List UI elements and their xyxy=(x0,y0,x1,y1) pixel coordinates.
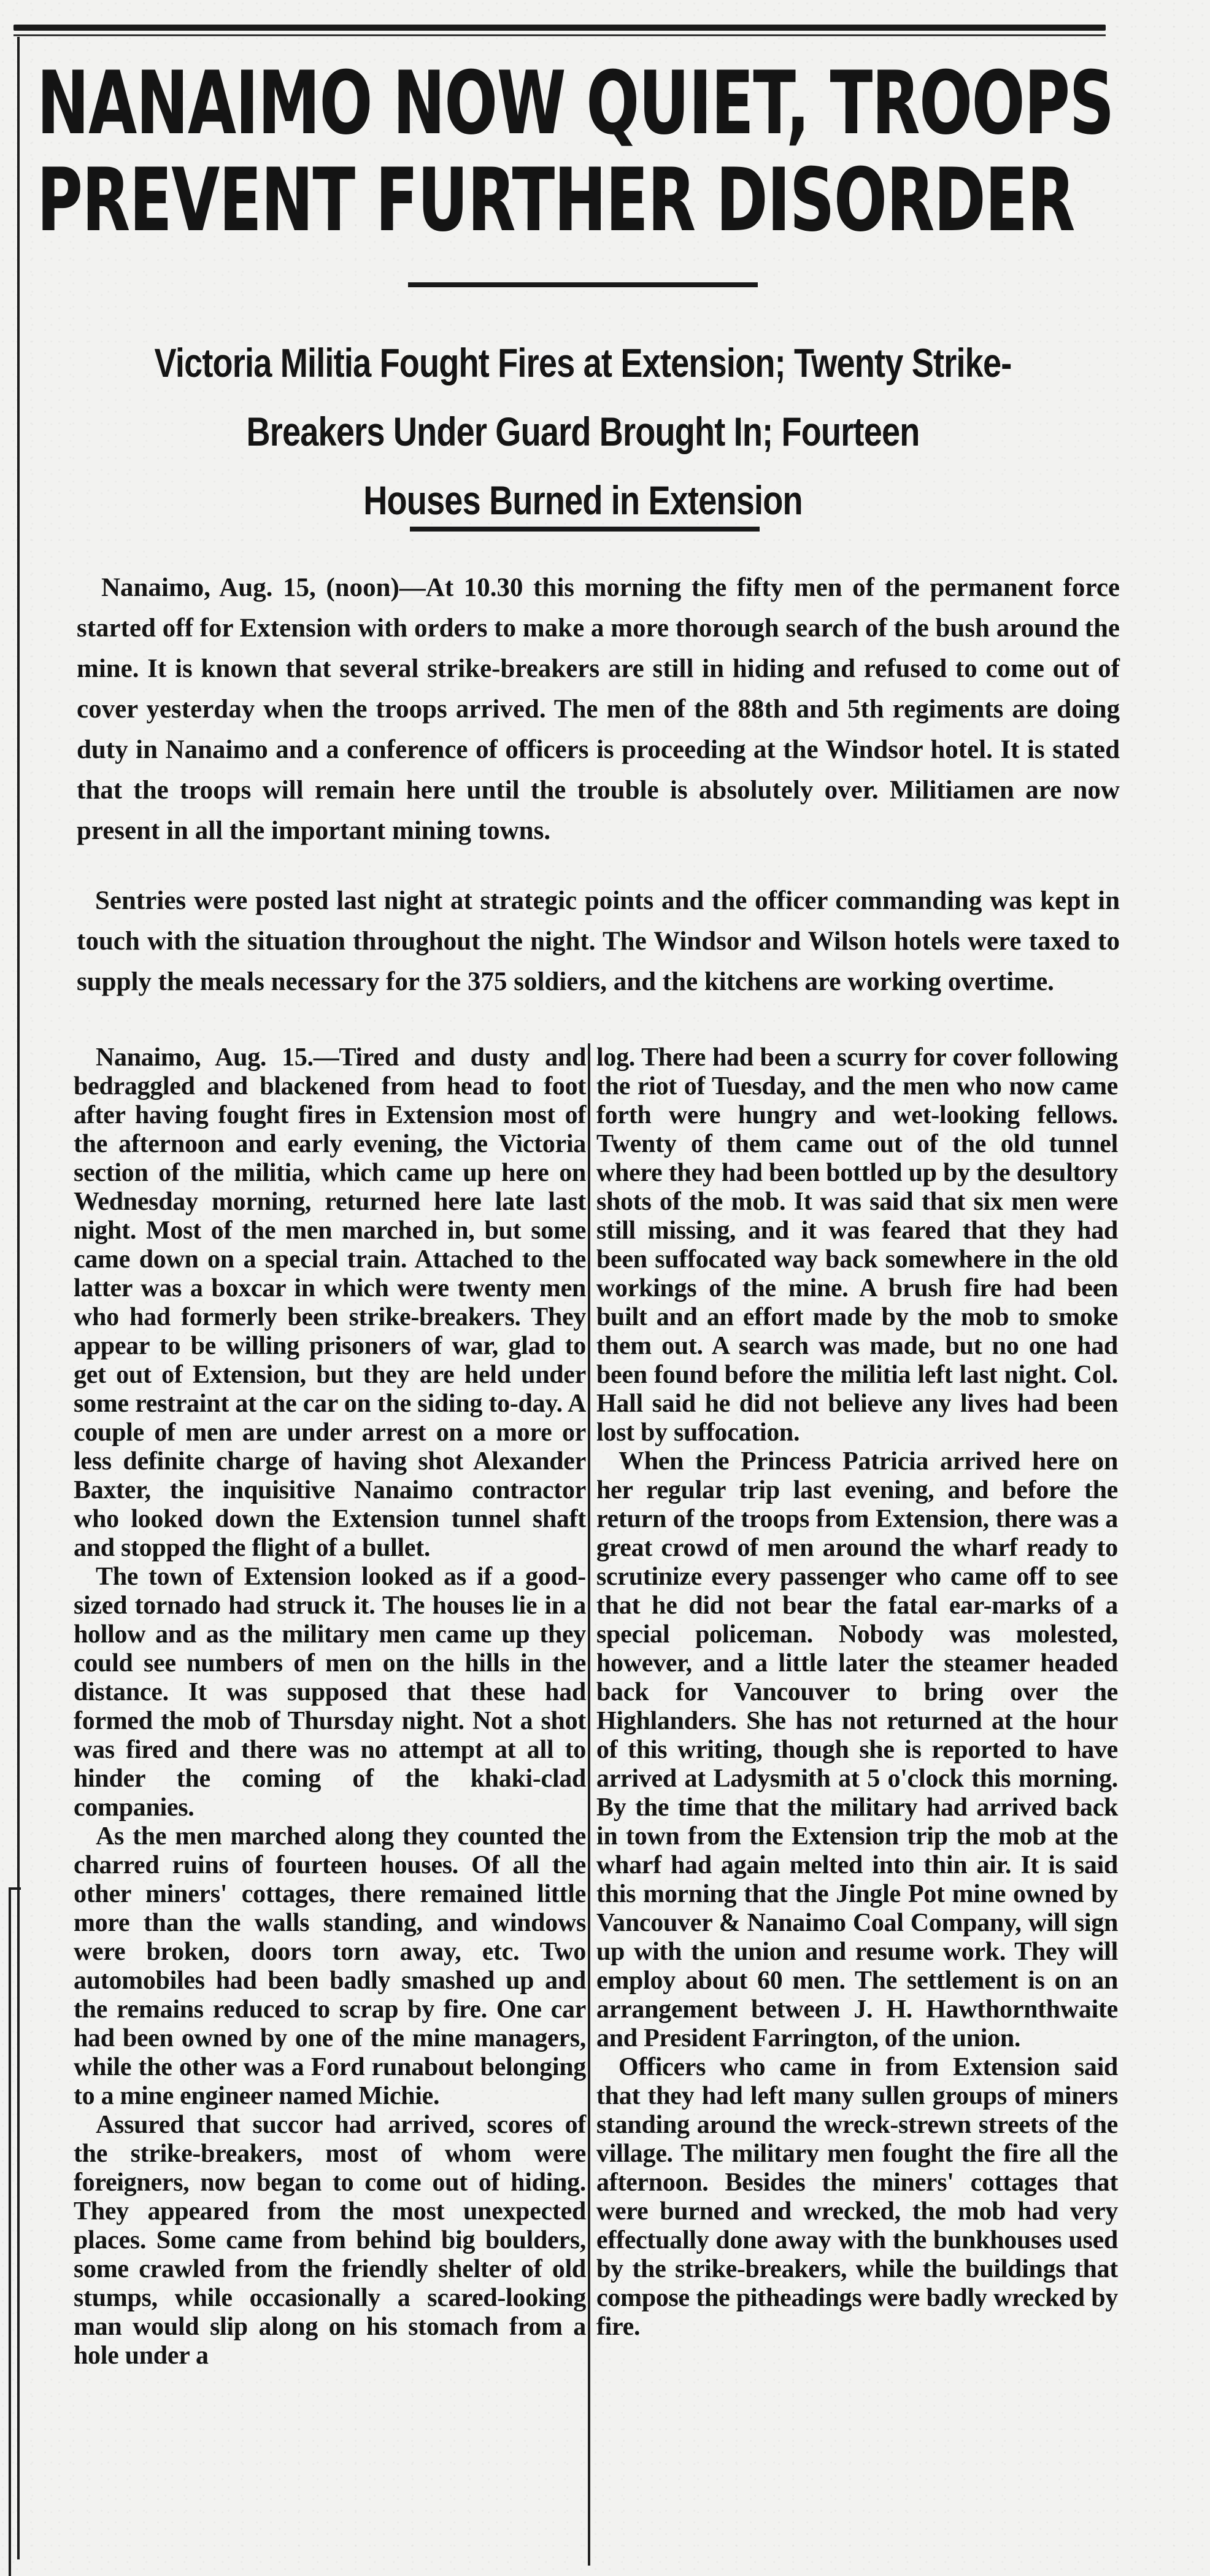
newspaper-clipping: NANAIMO NOW QUIET, TROOPS PREVENT FURTHE… xyxy=(0,0,1210,2576)
lead-paragraph-2: Sentries were posted last night at strat… xyxy=(77,881,1120,1002)
headline-divider xyxy=(408,282,758,287)
right-paragraph-3: Officers who came in from Extension said… xyxy=(596,2053,1118,2342)
left-paragraph-4: Assured that succor had arrived, scores … xyxy=(74,2111,586,2370)
left-paragraph-1: Nanaimo, Aug. 15.—Tired and dusty and be… xyxy=(74,1043,586,1563)
right-column: log. There had been a scurry for cover f… xyxy=(596,1043,1118,2342)
lead-section: Nanaimo, Aug. 15, (noon)—At 10.30 this m… xyxy=(77,568,1120,1032)
top-double-rule-thin xyxy=(13,34,1106,36)
lead-paragraph-1: Nanaimo, Aug. 15, (noon)—At 10.30 this m… xyxy=(77,568,1120,851)
right-paragraph-2: When the Princess Patricia arrived here … xyxy=(596,1447,1118,2053)
headline-line-2: PREVENT FURTHER DISORDER xyxy=(37,152,1123,249)
headline: NANAIMO NOW QUIET, TROOPS PREVENT FURTHE… xyxy=(37,55,1123,249)
subheadline: Victoria Militia Fought Fires at Extensi… xyxy=(31,328,1135,535)
left-column: Nanaimo, Aug. 15.—Tired and dusty and be… xyxy=(74,1043,586,2370)
left-paragraph-2: The town of Extension looked as if a goo… xyxy=(74,1563,586,1822)
subhead-line-3: Houses Burned in Extension xyxy=(32,466,1134,535)
subhead-line-1: Victoria Militia Fought Fires at Extensi… xyxy=(32,328,1134,397)
right-paragraph-1: log. There had been a scurry for cover f… xyxy=(596,1043,1118,1447)
top-double-rule xyxy=(13,25,1106,31)
column-divider xyxy=(588,1043,590,2566)
subhead-divider xyxy=(410,527,760,532)
subhead-line-2: Breakers Under Guard Brought In; Fourtee… xyxy=(32,397,1134,466)
left-box-rule xyxy=(9,1887,21,2576)
headline-line-1: NANAIMO NOW QUIET, TROOPS xyxy=(37,55,1123,152)
left-paragraph-3: As the men marched along they counted th… xyxy=(74,1822,586,2111)
